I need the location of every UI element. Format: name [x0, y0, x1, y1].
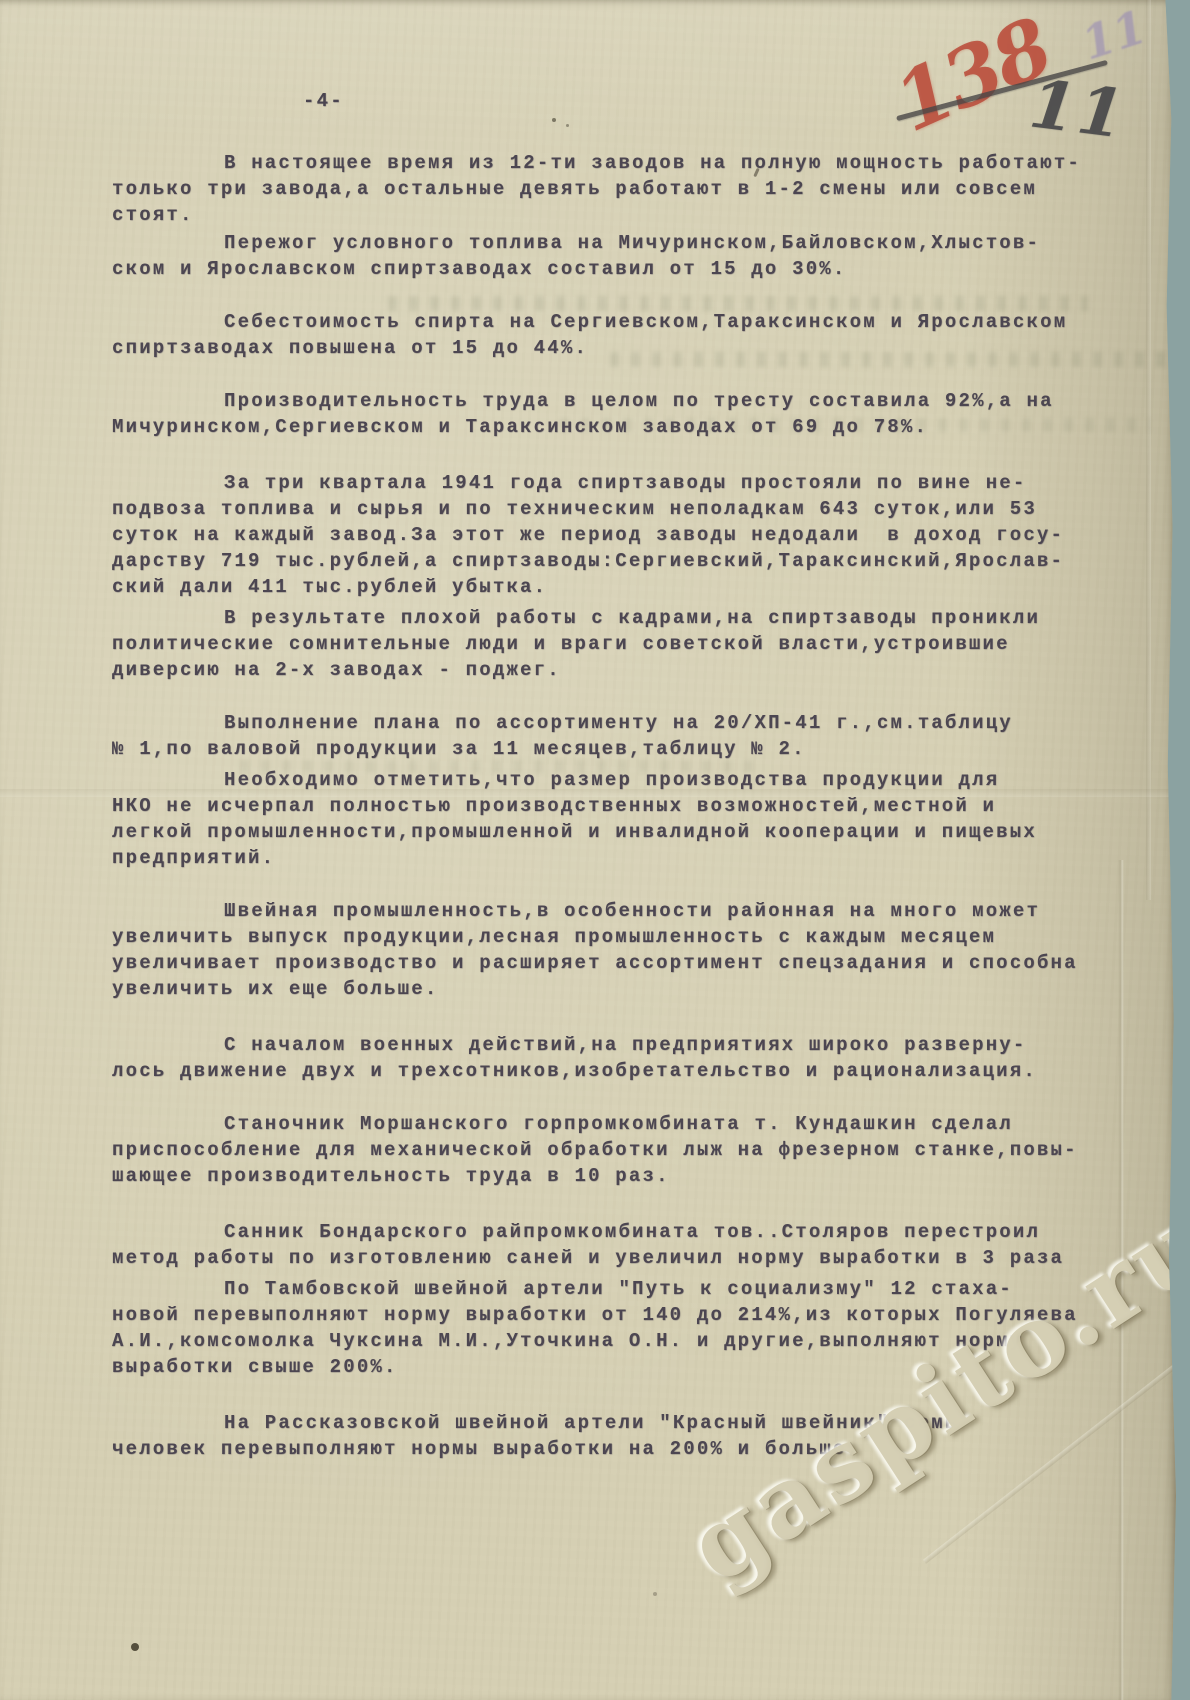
- text-line: легкой промышленности,промышленной и инв…: [112, 819, 1112, 845]
- text-line: увеличить выпуск продукции,лесная промыш…: [112, 924, 1112, 950]
- text-line: увеличивает производство и расширяет асс…: [112, 950, 1112, 976]
- text-line: В результате плохой работы с кадрами,на …: [112, 605, 1112, 631]
- paragraph: С началом военных действий,на предприяти…: [112, 1032, 1112, 1084]
- text-line: Мичуринском,Сергиевском и Тараксинском з…: [112, 414, 1112, 440]
- text-line: спиртзаводах повышена от 15 до 44%.: [112, 335, 1112, 361]
- text-line: По Тамбовской швейной артели "Путь к соц…: [112, 1276, 1112, 1302]
- text-line: метод работы по изготовлению саней и уве…: [112, 1245, 1112, 1271]
- paragraph: Себестоимость спирта на Сергиевском,Тара…: [112, 309, 1112, 361]
- paper-speck: [566, 124, 569, 127]
- paragraph: За три квартала 1941 года спиртзаводы пр…: [112, 470, 1112, 600]
- text-line: дарству 719 тыс.рублей,а спиртзаводы:Сер…: [112, 548, 1112, 574]
- text-line: Швейная промышленность,в особенности рай…: [112, 898, 1112, 924]
- text-line: увеличить их еще больше.: [112, 976, 1112, 1002]
- text-line: Производительность труда в целом по трес…: [112, 388, 1112, 414]
- text-line: Станочник Моршанского горпромкомбината т…: [112, 1111, 1112, 1137]
- paper-crease: [1146, 0, 1151, 900]
- paragraph: Производительность труда в целом по трес…: [112, 388, 1112, 440]
- paper-speck: [131, 1643, 139, 1651]
- text-line: Выполнение плана по ассортименту на 20/Х…: [112, 710, 1112, 736]
- text-line: ском и Ярославском спиртзаводах составил…: [112, 256, 1112, 282]
- text-line: С началом военных действий,на предприяти…: [112, 1032, 1112, 1058]
- text-line: приспособление для механической обработк…: [112, 1137, 1112, 1163]
- paragraph: Швейная промышленность,в особенности рай…: [112, 898, 1112, 1002]
- text-line: Себестоимость спирта на Сергиевском,Тара…: [112, 309, 1112, 335]
- text-line: диверсию на 2-х заводах - поджег.: [112, 657, 1112, 683]
- text-line: ский дали 411 тыс.рублей убытка.: [112, 574, 1112, 600]
- text-line: За три квартала 1941 года спиртзаводы пр…: [112, 470, 1112, 496]
- text-line: шающее производительность труда в 10 раз…: [112, 1163, 1112, 1189]
- text-line: политические сомнительные люди и враги с…: [112, 631, 1112, 657]
- paper-speck: [552, 118, 556, 122]
- text-line: Санник Бондарского райпромкомбината тов.…: [112, 1219, 1112, 1245]
- paragraph: Пережог условного топлива на Мичуринском…: [112, 230, 1112, 282]
- text-line: Необходимо отметить,что размер производс…: [112, 767, 1112, 793]
- text-line: В настоящее время из 12-ти заводов на по…: [112, 150, 1112, 176]
- paper-sheet: -4- 11 138 11 В настоящее время из 12-ти…: [0, 0, 1176, 1700]
- text-line: стоят.: [112, 202, 1112, 228]
- text-line: подвоза топлива и сырья и по техническим…: [112, 496, 1112, 522]
- paragraph: Выполнение плана по ассортименту на 20/Х…: [112, 710, 1112, 762]
- paragraph: Необходимо отметить,что размер производс…: [112, 767, 1112, 871]
- text-line: Пережог условного топлива на Мичуринском…: [112, 230, 1112, 256]
- paragraph: В настоящее время из 12-ти заводов на по…: [112, 150, 1112, 228]
- paragraph: Станочник Моршанского горпромкомбината т…: [112, 1111, 1112, 1189]
- text-line: предприятий.: [112, 845, 1112, 871]
- page-number: -4-: [303, 90, 344, 112]
- text-line: лось движение двух и трехсотников,изобре…: [112, 1058, 1112, 1084]
- handwritten-page-number: 11: [1026, 64, 1131, 153]
- paragraph: В результате плохой работы с кадрами,на …: [112, 605, 1112, 683]
- text-line: № 1,по валовой продукции за 11 месяцев,т…: [112, 736, 1112, 762]
- paragraph: Санник Бондарского райпромкомбината тов.…: [112, 1219, 1112, 1271]
- text-line: суток на каждый завод.За этот же период …: [112, 522, 1112, 548]
- paper-speck: [653, 1592, 657, 1596]
- text-line: НКО не исчерпал полностью производственн…: [112, 793, 1112, 819]
- purple-stamp-remnant: 11: [1075, 0, 1153, 71]
- text-line: только три завода,а остальные девять раб…: [112, 176, 1112, 202]
- typewritten-body: В настоящее время из 12-ти заводов на по…: [112, 150, 1112, 1462]
- scanned-document-page: -4- 11 138 11 В настоящее время из 12-ти…: [0, 0, 1190, 1700]
